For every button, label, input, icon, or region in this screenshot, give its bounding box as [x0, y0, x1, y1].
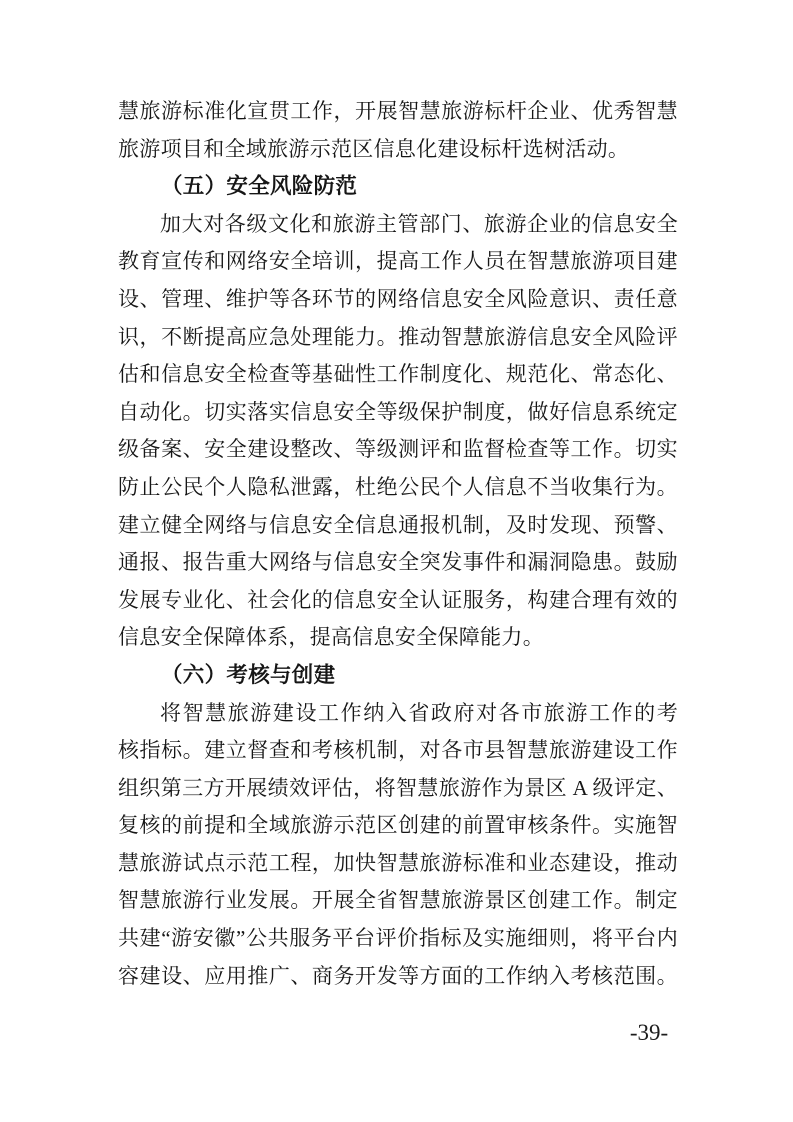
- body-line: 共建“游安徽”公共服务平台评价指标及实施细则，将平台内: [118, 920, 678, 958]
- body-line: 自动化。切实落实信息安全等级保护制度，做好信息系统定: [118, 394, 678, 432]
- body-line: 慧旅游标准化宣贯工作，开展智慧旅游标杆企业、优秀智慧: [118, 93, 678, 131]
- body-line: 识，不断提高应急处理能力。推动智慧旅游信息安全风险评: [118, 319, 678, 357]
- body-line: 容建设、应用推广、商务开发等方面的工作纳入考核范围。: [118, 958, 678, 996]
- body-line: 将智慧旅游建设工作纳入省政府对各市旅游工作的考: [118, 695, 678, 733]
- section-heading: （六）考核与创建: [118, 657, 678, 695]
- page-number: -39-: [613, 1016, 685, 1050]
- document-body: 慧旅游标准化宣贯工作，开展智慧旅游标杆企业、优秀智慧 旅游项目和全域旅游示范区信…: [118, 93, 678, 995]
- body-line: 组织第三方开展绩效评估，将智慧旅游作为景区 A 级评定、: [118, 770, 678, 808]
- document-page: 慧旅游标准化宣贯工作，开展智慧旅游标杆企业、优秀智慧 旅游项目和全域旅游示范区信…: [0, 0, 793, 1122]
- body-line: 发展专业化、社会化的信息安全认证服务，构建合理有效的: [118, 582, 678, 620]
- body-line: 级备案、安全建设整改、等级测评和监督检查等工作。切实: [118, 431, 678, 469]
- body-line: 建立健全网络与信息安全信息通报机制，及时发现、预警、: [118, 507, 678, 545]
- body-line: 慧旅游试点示范工程，加快智慧旅游标准和业态建设，推动: [118, 845, 678, 883]
- body-line: 估和信息安全检查等基础性工作制度化、规范化、常态化、: [118, 356, 678, 394]
- body-line: 核指标。建立督查和考核机制，对各市县智慧旅游建设工作: [118, 732, 678, 770]
- section-heading: （五）安全风险防范: [118, 168, 678, 206]
- body-line: 旅游项目和全域旅游示范区信息化建设标杆选树活动。: [118, 131, 678, 169]
- body-line: 加大对各级文化和旅游主管部门、旅游企业的信息安全: [118, 206, 678, 244]
- body-line: 防止公民个人隐私泄露，杜绝公民个人信息不当收集行为。: [118, 469, 678, 507]
- body-line: 复核的前提和全域旅游示范区创建的前置审核条件。实施智: [118, 807, 678, 845]
- body-line: 教育宣传和网络安全培训，提高工作人员在智慧旅游项目建: [118, 243, 678, 281]
- body-line: 智慧旅游行业发展。开展全省智慧旅游景区创建工作。制定: [118, 882, 678, 920]
- body-line: 通报、报告重大网络与信息安全突发事件和漏洞隐患。鼓励: [118, 544, 678, 582]
- body-line: 信息安全保障体系，提高信息安全保障能力。: [118, 619, 678, 657]
- body-line: 设、管理、维护等各环节的网络信息安全风险意识、责任意: [118, 281, 678, 319]
